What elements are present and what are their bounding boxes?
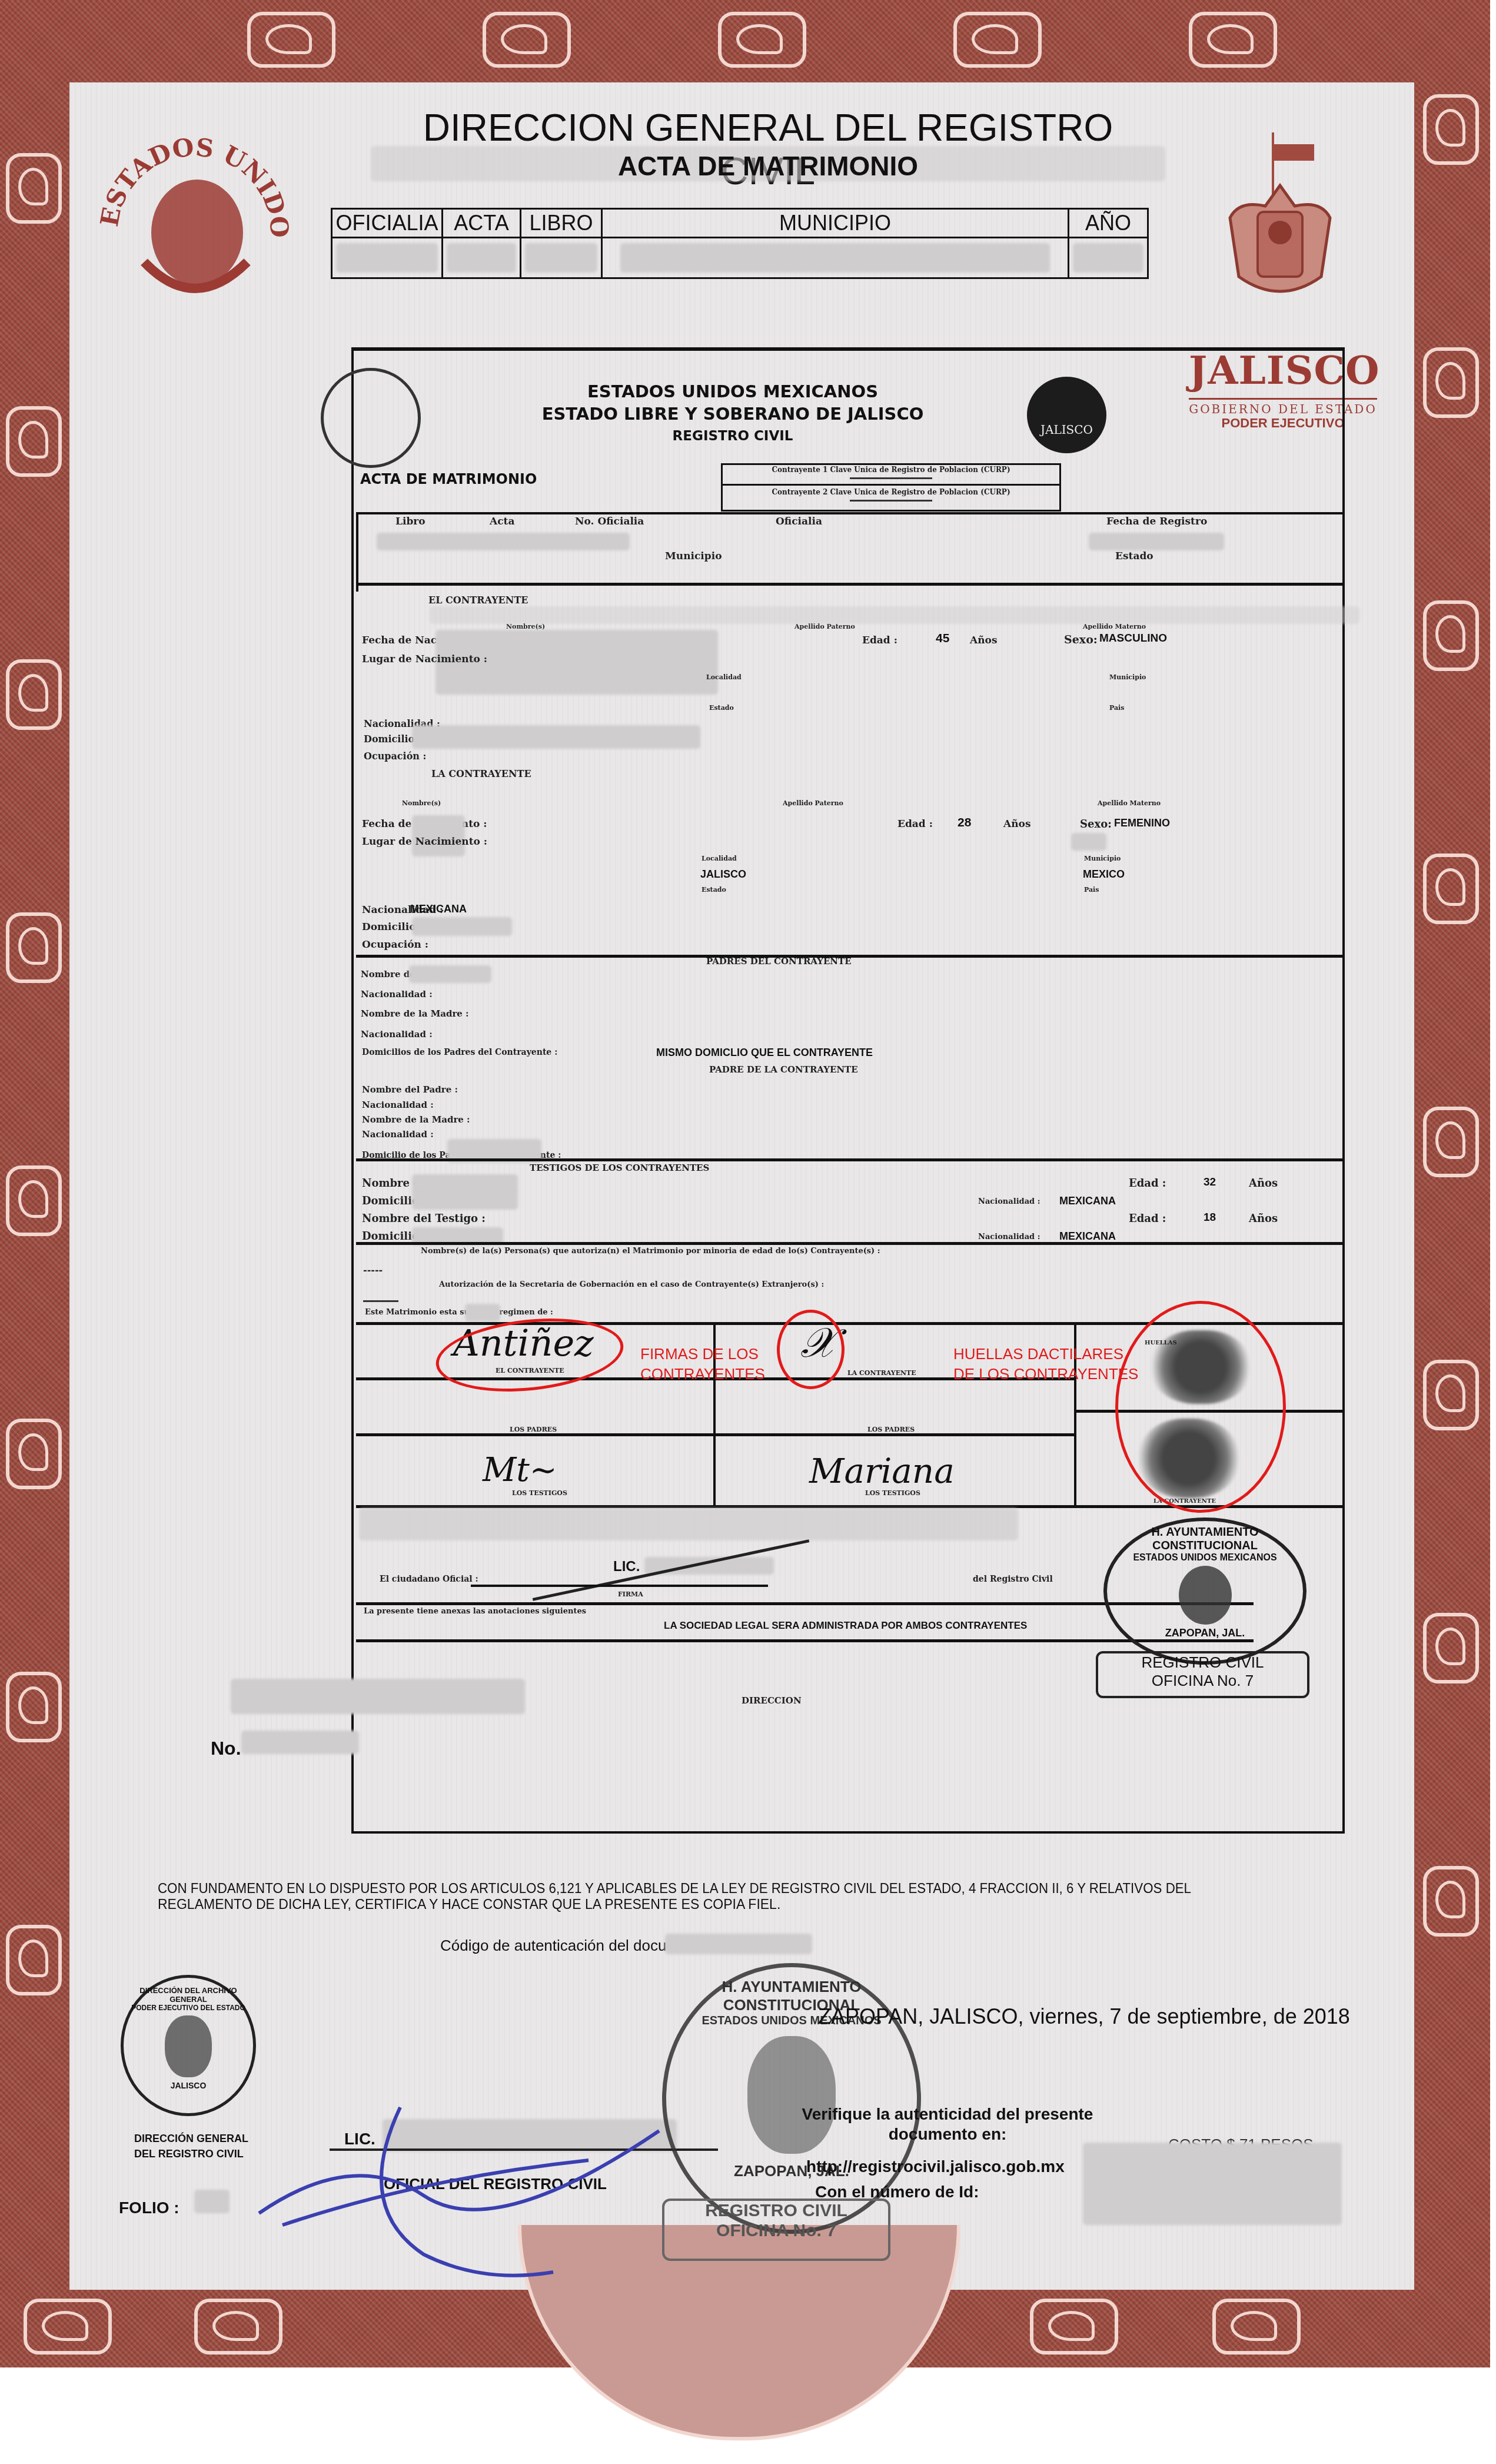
witness2-years-label: Años <box>1249 1213 1278 1225</box>
border-ornament-icon <box>6 912 62 983</box>
groom-age-label: Edad : <box>862 635 897 646</box>
foreign-authorization-label: Autorización de la Secretaria de Goberna… <box>439 1280 824 1289</box>
groom-locality-label: Localidad <box>706 673 742 681</box>
redacted-id <box>1083 2143 1342 2225</box>
witness-signature-label-1: LOS TESTIGOS <box>512 1489 567 1497</box>
bride-municipality-label: Municipio <box>1084 855 1121 862</box>
verify-url[interactable]: http://registrocivil.jalisco.gob.mx <box>806 2157 1065 2176</box>
groom-sex: MASCULINO <box>1099 632 1167 645</box>
id-label: Con el número de Id: <box>815 2183 979 2201</box>
parents-signature-label-2: LOS PADRES <box>867 1426 915 1433</box>
annotations-label: La presente tiene anexas las anotaciones… <box>364 1607 586 1616</box>
document-type: ACTA DE MATRIMONIO <box>371 150 1165 182</box>
witness2-age-label: Edad : <box>1129 1213 1166 1225</box>
cell-municipio <box>602 238 1069 278</box>
place-date: ZAPOPAN, JALISCO, viernes, 7 de septiemb… <box>818 2004 1350 2029</box>
border-ornament-icon <box>1423 94 1479 165</box>
registry-office-stamp: REGISTRO CIVILOFICINA No. 7 <box>1096 1651 1309 1698</box>
redacted-field <box>412 917 512 936</box>
divider <box>356 1158 1345 1161</box>
col-acta: ACTA <box>443 209 521 238</box>
bride-birthplace-label: Lugar de Nacimiento : <box>362 836 487 848</box>
border-ornament-icon <box>1423 854 1479 924</box>
redacted-field <box>465 1304 500 1321</box>
bride-age: 28 <box>958 816 971 830</box>
redacted-field <box>231 1679 525 1714</box>
curp-box: Contrayente 1 Clave Unica de Registro de… <box>721 463 1061 512</box>
cell-libro <box>521 238 602 278</box>
number-label: No. <box>211 1738 241 1759</box>
jalisco-crest-icon <box>1204 112 1357 306</box>
groom-parents-title: PADRES DEL CONTRAYENTE <box>706 956 852 967</box>
bride-section-title: LA CONTRAYENTE <box>431 768 531 779</box>
legal-basis-line-1: CON FUNDAMENTO EN LO DISPUESTO POR LOS A… <box>158 1881 1317 1897</box>
witness2-nationality: MEXICANA <box>1059 1230 1116 1243</box>
bride-sex: FEMENINO <box>1114 817 1170 829</box>
groom-birthplace-label: Lugar de Nacimiento : <box>362 653 487 665</box>
label-fecha-registro: Fecha de Registro <box>1106 516 1207 527</box>
eagle-seal-icon: ESTADOS UNIDOS MEXICANOS <box>88 115 300 327</box>
witness1-age: 32 <box>1204 1176 1216 1189</box>
officer-suffix: del Registro Civil <box>973 1575 1053 1584</box>
bride-name-label: Nombre(s) <box>402 799 441 807</box>
groom-mother-label: Nombre de la Madre : <box>361 1008 469 1019</box>
divider <box>356 1639 1254 1642</box>
redacted-field <box>1089 533 1224 550</box>
border-ornament-icon <box>718 12 806 68</box>
cell-acta <box>443 238 521 278</box>
border-ornament-icon <box>1423 1613 1479 1683</box>
witness2-age: 18 <box>1204 1211 1216 1224</box>
bride-occupation-label: Ocupación : <box>362 939 428 951</box>
bride-age-label: Edad : <box>897 818 933 830</box>
jalisco-coat-of-arms <box>1204 112 1357 306</box>
redacted-field <box>377 533 630 550</box>
border-ornament-icon <box>1423 1866 1479 1937</box>
groom-father-nationality-label: Nacionalidad : <box>361 989 433 999</box>
redacted-field <box>1071 833 1106 851</box>
form-heading-3: REGISTRO CIVIL <box>353 429 1112 444</box>
parents-signature-label-1: LOS PADRES <box>510 1426 557 1433</box>
groom-occupation-label: Ocupación : <box>364 751 426 762</box>
cell-anio <box>1069 238 1148 278</box>
redacted-auth-code <box>665 1934 812 1954</box>
bride-country-label: Pais <box>1084 886 1099 894</box>
border-ornament-icon <box>6 406 62 477</box>
border-ornament-icon <box>6 659 62 730</box>
witness1-nationality: MEXICANA <box>1059 1195 1116 1207</box>
bride-maternal-label: Apellido Materno <box>1098 799 1161 807</box>
bride-state-label: Estado <box>702 886 726 894</box>
bride-father-label: Nombre del Padre : <box>362 1084 458 1095</box>
registry-office-stamp-footer: REGISTRO CIVILOFICINA No. 7 <box>662 2199 890 2261</box>
fingerprint-highlight-ellipse <box>1115 1301 1286 1513</box>
curp2-label: Contrayente 2 Clave Unica de Registro de… <box>723 488 1059 496</box>
groom-sex-label: Sexo: <box>1064 633 1098 646</box>
border-ornament-icon <box>953 12 1042 68</box>
foreign-authorization-value <box>363 1300 398 1302</box>
witness1-signature: Mt~ <box>483 1451 557 1489</box>
groom-section-title: EL CONTRAYENTE <box>428 595 528 606</box>
bride-mother-label: Nombre de la Madre : <box>362 1114 470 1125</box>
groom-age: 45 <box>936 632 949 646</box>
groom-country-label: Pais <box>1109 704 1124 712</box>
groom-years-label: Años <box>970 635 997 646</box>
label-no-oficialia: No. Oficialia <box>575 516 644 527</box>
divider <box>356 583 1345 586</box>
redacted-field <box>409 965 491 983</box>
border-ornament-icon <box>1423 347 1479 418</box>
groom-mother-nationality-label: Nacionalidad : <box>361 1029 433 1040</box>
bride-sex-label: Sexo: <box>1080 818 1112 831</box>
border-ornament-icon <box>1423 600 1479 671</box>
form-heading-2: ESTADO LIBRE Y SOBERANO DE JALISCO <box>353 404 1112 424</box>
signatures-annotation: FIRMAS DE LOSCONTRAYENTES <box>640 1344 765 1384</box>
label-acta: Acta <box>490 516 514 527</box>
label-estado: Estado <box>1115 550 1153 562</box>
border-ornament-icon <box>1030 2299 1118 2355</box>
redacted-field <box>412 1192 518 1210</box>
bride-state: JALISCO <box>700 868 746 881</box>
border-ornament-icon <box>6 1165 62 1236</box>
label-libro: Libro <box>395 516 425 527</box>
bride-father-nationality-label: Nacionalidad : <box>362 1100 434 1110</box>
blue-ink-signature <box>177 2060 706 2307</box>
witnesses-title: TESTIGOS DE LOS CONTRAYENTES <box>530 1163 709 1173</box>
groom-parents-address-label: Domicilios de los Padres del Contrayente… <box>362 1048 557 1057</box>
col-anio: AÑO <box>1069 209 1148 238</box>
groom-parents-address: MISMO DOMICLIO QUE EL CONTRAYENTE <box>656 1047 873 1059</box>
form-heading-1: ESTADOS UNIDOS MEXICANOS <box>353 381 1112 401</box>
curp1-label: Contrayente 1 Clave Unica de Registro de… <box>723 466 1059 474</box>
bride-years-label: Años <box>1003 818 1030 830</box>
border-ornament-icon <box>1212 2299 1301 2355</box>
curp2-value <box>850 500 932 502</box>
bride-country: MEXICO <box>1083 868 1125 881</box>
border-ornament-icon <box>247 12 335 68</box>
firma-label: FIRMA <box>618 1590 643 1598</box>
border-ornament-icon <box>6 1672 62 1742</box>
col-municipio: MUNICIPIO <box>602 209 1069 238</box>
witness1-nationality-label: Nacionalidad : <box>978 1197 1040 1206</box>
border-ornament-icon <box>6 153 62 224</box>
witness1-years-label: Años <box>1249 1177 1278 1190</box>
border-ornament-icon <box>1189 12 1277 68</box>
minors-authorization-label: Nombre(s) de la(s) Persona(s) que autori… <box>421 1247 880 1256</box>
annotations-value: LA SOCIEDAD LEGAL SERA ADMINISTRADA POR … <box>664 1620 1027 1632</box>
form-acta-label: ACTA DE MATRIMONIO <box>360 471 537 487</box>
groom-municipality-label: Municipio <box>1109 673 1146 681</box>
witness-signature-label-2: LOS TESTIGOS <box>865 1489 920 1497</box>
officer-prefix: LIC. <box>613 1559 640 1575</box>
redacted-number <box>241 1731 359 1754</box>
regime-label: Este Matrimonio esta sujeto al regimen d… <box>365 1308 553 1317</box>
verify-text: Verifique la autenticidad del presentedo… <box>789 2104 1106 2144</box>
legal-basis-line-2: REGLAMENTO DE DICHA LEY, CERTIFICA Y HAC… <box>158 1897 1352 1912</box>
bride-signature-label: LA CONTRAYENTE <box>847 1369 916 1377</box>
border-ornament-icon <box>6 1419 62 1489</box>
border-ornament-icon <box>6 1925 62 1995</box>
cell-oficialia <box>332 238 443 278</box>
record-index-table: OFICIALIA ACTA LIBRO MUNICIPIO AÑO <box>331 208 1149 279</box>
minors-authorization-value: ----- <box>363 1264 383 1276</box>
redacted-legal-text <box>359 1508 1018 1540</box>
bride-parents-title: PADRE DE LA CONTRAYENTE <box>709 1064 858 1075</box>
fingerprints-annotation: HUELLAS DACTILARESDE LOS CONTRAYENTES <box>953 1344 1138 1384</box>
officer-label: El ciudadano Oficial : <box>380 1575 478 1584</box>
direccion-label: DIRECCION <box>742 1695 802 1706</box>
witness2-signature: Mariana <box>809 1451 955 1491</box>
label-oficialia: Oficialia <box>776 516 822 527</box>
bride-nationality: MEXICANA <box>410 903 467 915</box>
curp1-value <box>850 477 932 479</box>
bride-paternal-label: Apellido Paterno <box>783 799 843 807</box>
divider <box>356 1242 1345 1245</box>
signature-line <box>471 1585 768 1587</box>
national-coat-of-arms: ESTADOS UNIDOS MEXICANOS <box>88 115 300 327</box>
border-ornament-icon <box>483 12 571 68</box>
witness2-nationality-label: Nacionalidad : <box>978 1233 1040 1241</box>
bride-mother-nationality-label: Nacionalidad : <box>362 1129 434 1140</box>
redacted-field <box>430 606 1359 624</box>
redacted-field <box>412 725 700 749</box>
border-ornament-icon <box>1423 1360 1479 1430</box>
border-ornament-icon <box>24 2299 112 2355</box>
witness2-name-label: Nombre del Testigo : <box>362 1213 486 1225</box>
jalisco-badge: JALISCO <box>1027 377 1106 453</box>
col-libro: LIBRO <box>521 209 602 238</box>
witness1-age-label: Edad : <box>1129 1177 1166 1190</box>
groom-state-label: Estado <box>709 704 734 712</box>
folio-label: FOLIO : <box>119 2199 179 2217</box>
label-municipio: Municipio <box>665 550 722 562</box>
bride-locality-label: Localidad <box>702 855 737 862</box>
zapopan-stamp: H. AYUNTAMIENTO CONSTITUCIONAL ESTADOS U… <box>1103 1517 1306 1665</box>
border-ornament-icon <box>1423 1107 1479 1177</box>
col-oficialia: OFICIALIA <box>332 209 443 238</box>
signature-highlight-ellipse <box>777 1310 845 1389</box>
